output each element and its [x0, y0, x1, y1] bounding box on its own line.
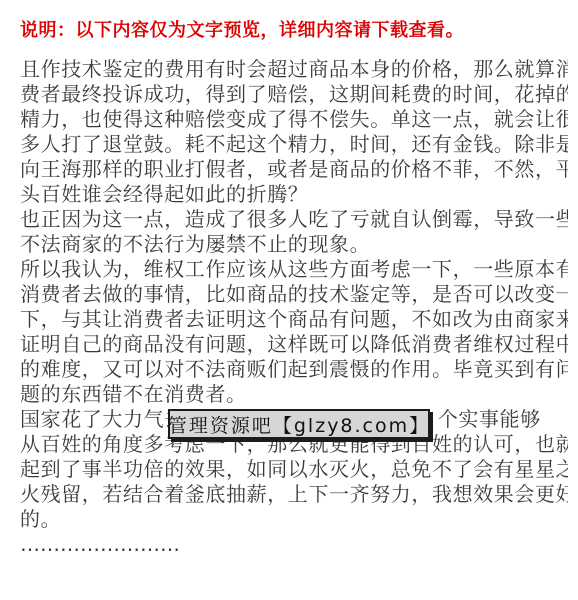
- text-line: 所以我认为，维权工作应该从这些方面考虑一下，一些原本有: [20, 257, 568, 282]
- text-line: 起到了事半功倍的效果，如同以水灭火，总免不了会有星星之: [20, 457, 568, 482]
- text-line: 多人打了退堂鼓。耗不起这个精力，时间，还有金钱。除非是: [20, 132, 568, 157]
- text-line: 火残留，若结合着釜底抽薪，上下一齐努力，我想效果会更好: [20, 482, 568, 507]
- text-line: 下，与其让消费者去证明这个商品有问题，不如改为由商家来: [20, 307, 568, 332]
- text-line: 向王海那样的职业打假者，或者是商品的价格不菲，不然，平: [20, 157, 568, 182]
- text-line: 费者最终投诉成功，得到了赔偿，这期间耗费的时间，花掉的: [20, 82, 568, 107]
- text-line: 的难度，又可以对不法商贩们起到震慑的作用。毕竟买到有问: [20, 357, 568, 382]
- watermark-text: 管理资源吧【glzy8.com】: [168, 411, 430, 438]
- preview-notice: 说明：以下内容仅为文字预览，详细内容请下载查看。: [20, 16, 464, 42]
- text-line: 的。: [20, 507, 568, 532]
- text-line: 且作技术鉴定的费用有时会超过商品本身的价格，那么就算消: [20, 57, 568, 82]
- text-line: 头百姓谁会经得起如此的折腾？: [20, 182, 568, 207]
- text-line: 消费者去做的事情，比如商品的技术鉴定等，是否可以改变一: [20, 282, 568, 307]
- document-preview-page: 说明：以下内容仅为文字预览，详细内容请下载查看。 且作技术鉴定的费用有时会超过商…: [0, 0, 578, 600]
- text-line: 也正因为这一点，造成了很多人吃了亏就自认倒霉，导致一些: [20, 207, 568, 232]
- watermark-stamp: 管理资源吧【glzy8.com】: [168, 409, 430, 439]
- text-line: 题的东西错不在消费者。: [20, 382, 568, 407]
- text-line: ……………………: [20, 532, 568, 557]
- text-line: 不法商家的不法行为屡禁不止的现象。: [20, 232, 568, 257]
- document-body: 且作技术鉴定的费用有时会超过商品本身的价格，那么就算消费者最终投诉成功，得到了赔…: [20, 57, 568, 557]
- text-line: 证明自己的商品没有问题，这样既可以降低消费者维权过程中: [20, 332, 568, 357]
- text-line-segment: 国家花了大力气去: [20, 407, 185, 431]
- text-line-segment: 个实事能够: [438, 407, 541, 431]
- text-line: 精力，也使得这种赔偿变成了得不偿失。单这一点，就会让很: [20, 107, 568, 132]
